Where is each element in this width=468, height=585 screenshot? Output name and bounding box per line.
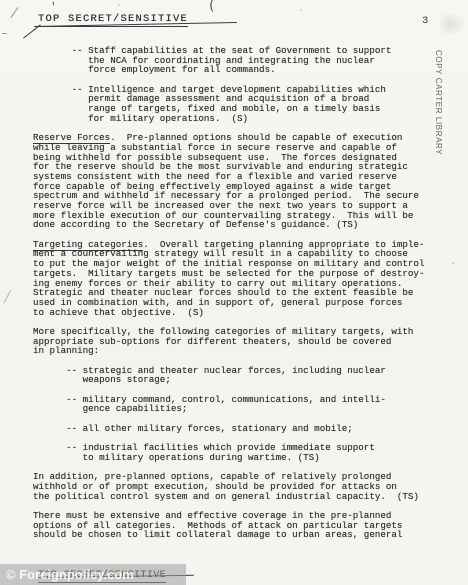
watermark: © Foreignpolicy.com: [0, 564, 186, 585]
pen-corner-mark: [10, 7, 19, 18]
paper-speck: [40, 255, 42, 257]
document-block-bullet: -- strategic and theater nuclear forces,…: [33, 366, 445, 385]
document-line: force employment for all commands.: [33, 65, 445, 75]
pen-paren-mark: (: [209, 0, 214, 14]
pen-corner-dot: [2, 33, 7, 34]
document-line: done according to the Secretary of Defen…: [33, 220, 445, 230]
document-block-bullet: -- military command, control, communicat…: [33, 395, 445, 414]
scanned-page: ' ( TOP SECRET/SENSITIVE 3 COPY CARTER L…: [0, 0, 468, 585]
document-block-bullet: -- Intelligence and target development c…: [33, 85, 445, 124]
document-block-paragraph: More specifically, the following categor…: [33, 327, 445, 356]
document-block-paragraph: There must be extensive and effective co…: [33, 511, 445, 540]
document-block-bullet: -- all other military forces, stationary…: [33, 424, 445, 434]
pen-slash-mark: [23, 24, 41, 39]
paper-speck: [300, 9, 302, 11]
document-block-paragraph: Targeting categories. Overall targeting …: [33, 240, 445, 318]
document-line: to achieve that objective. (S): [33, 308, 445, 318]
document-block-paragraph: In addition, pre-planned options, capabl…: [33, 472, 445, 501]
paper-speck: [118, 4, 120, 6]
document-body: -- Staff capabilities at the seat of Gov…: [33, 46, 445, 550]
paper-speck: [452, 262, 455, 264]
pencil-smudge: [440, 12, 466, 36]
document-line: should be chosen to limit collateral dam…: [33, 530, 445, 540]
document-line: -- all other military forces, stationary…: [33, 424, 445, 434]
page-number: 3: [422, 15, 428, 27]
margin-pen-mark: [3, 290, 11, 304]
document-line: the political control system and on gene…: [33, 492, 445, 502]
document-block-bullet: -- industrial facilities which provide i…: [33, 443, 445, 462]
document-block-paragraph: Reserve Forces. Pre-planned options shou…: [33, 133, 445, 230]
document-line: weapons storage;: [33, 375, 445, 385]
document-line: to military operations during wartime. (…: [33, 453, 445, 463]
document-block-bullet: -- Staff capabilities at the seat of Gov…: [33, 46, 445, 75]
document-line: for military operations. (S): [33, 114, 445, 124]
document-line: gence capabilities;: [33, 404, 445, 414]
document-line: in planning:: [33, 346, 445, 356]
